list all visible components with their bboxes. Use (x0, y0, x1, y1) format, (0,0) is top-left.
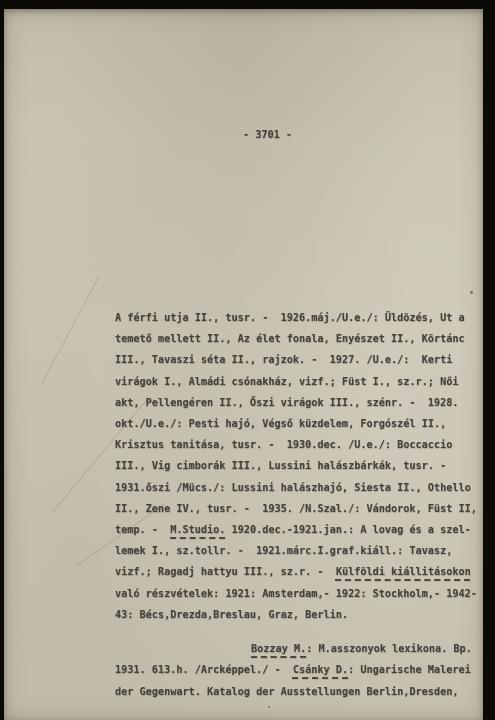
text-segment: : M.asszonyok lexikona. Bp. (306, 644, 472, 655)
text-segment: lemek I., sz.tollr. - 1921.márc.I.graf.k… (115, 546, 452, 557)
text-line: akt, Pellengéren II., Őszi virágok III.,… (115, 393, 477, 414)
scanned-document-page: - 3701 - A férfi utja II., tusr. - 1926.… (0, 0, 495, 720)
text-segment: III., Tavaszi séta II., rajzok. - 1927. … (115, 355, 452, 366)
text-segment: 43: Bécs,Drezda,Breslau, Graz, Berlin. (115, 610, 348, 621)
text-line: lemek I., sz.tollr. - 1921.márc.I.graf.k… (115, 541, 477, 562)
text-line: A férfi utja II., tusr. - 1926.máj./U.e.… (115, 308, 477, 329)
text-line: okt./U.e./: Pesti hajó, Végső küzdelem, … (115, 414, 477, 435)
text-segment: II., Zene IV., tusr. - 1935. /N.Szal./: … (115, 504, 477, 515)
text-segment: akt, Pellengéren II., Őszi virágok III.,… (115, 398, 458, 409)
text-segment: temető mellett II., Az élet fonala, Enyé… (115, 334, 465, 345)
text-segment: 1920.dec.-1921.jan.: A lovag és a szel- (225, 525, 470, 536)
underlined-phrase: Külföldi kiállitásokon (336, 567, 471, 578)
page-number: - 3701 - (243, 129, 292, 143)
text-segment: temp. - (115, 525, 170, 536)
text-line: Bozzay M.: M.asszonyok lexikona. Bp. (251, 639, 472, 660)
text-line: vizf.; Ragadj hattyu III., sz.r. - Külfö… (115, 562, 477, 583)
text-segment: der Gegenwart. Katalog der Ausstellungen… (115, 687, 458, 698)
text-line: II., Zene IV., tusr. - 1935. /N.Szal./: … (115, 499, 477, 520)
text-segment: A férfi utja II., tusr. - 1926.máj./U.e.… (115, 313, 465, 324)
text-line: 43: Bécs,Drezda,Breslau, Graz, Berlin. (115, 605, 477, 626)
text-line: 1931. 613.h. /Arcképpel./ - Csánky D.: U… (115, 660, 472, 681)
text-segment: okt./U.e./: Pesti hajó, Végső küzdelem, … (115, 419, 446, 430)
text-segment: 1931.őszi /Mücs./: Lussini halászhajó, S… (115, 483, 471, 494)
text-segment: virágok I., Almádi csónakház, vizf.; Füs… (115, 377, 458, 388)
underlined-phrase: M.Studio. (170, 525, 225, 536)
underlined-phrase: Bozzay M. (251, 644, 306, 655)
text-line: der Gegenwart. Katalog der Ausstellungen… (115, 682, 472, 703)
text-line: 1931.őszi /Mücs./: Lussini halászhajó, S… (115, 478, 477, 499)
text-segment: Krisztus tanitása, tusr. - 1930.dec. /U.… (115, 440, 452, 451)
text-segment: III., Vig cimborák III., Lussini halászb… (115, 461, 446, 472)
underlined-phrase: Csánky D. (293, 665, 348, 676)
text-segment: való részvételek: 1921: Amsterdam,- 1922… (115, 589, 477, 600)
text-line: temp. - M.Studio. 1920.dec.-1921.jan.: A… (115, 520, 477, 541)
text-line: Krisztus tanitása, tusr. - 1930.dec. /U.… (115, 435, 477, 456)
body-lines: A férfi utja II., tusr. - 1926.máj./U.e.… (115, 308, 477, 626)
text-segment: 1931. 613.h. /Arcképpel./ - (115, 665, 293, 676)
text-line: temető mellett II., Az élet fonala, Enyé… (115, 329, 477, 350)
text-line: való részvételek: 1921: Amsterdam,- 1922… (115, 584, 477, 605)
text-segment: : Ungarische Malerei (348, 665, 471, 676)
text-line: III., Vig cimborák III., Lussini halászb… (115, 456, 477, 477)
text-segment: vizf.; Ragadj hattyu III., sz.r. - (115, 567, 336, 578)
text-line: III., Tavaszi séta II., rajzok. - 1927. … (115, 350, 477, 371)
text-line: virágok I., Almádi csónakház, vizf.; Füs… (115, 372, 477, 393)
bibliography-lines: Bozzay M.: M.asszonyok lexikona. Bp.1931… (115, 639, 472, 703)
